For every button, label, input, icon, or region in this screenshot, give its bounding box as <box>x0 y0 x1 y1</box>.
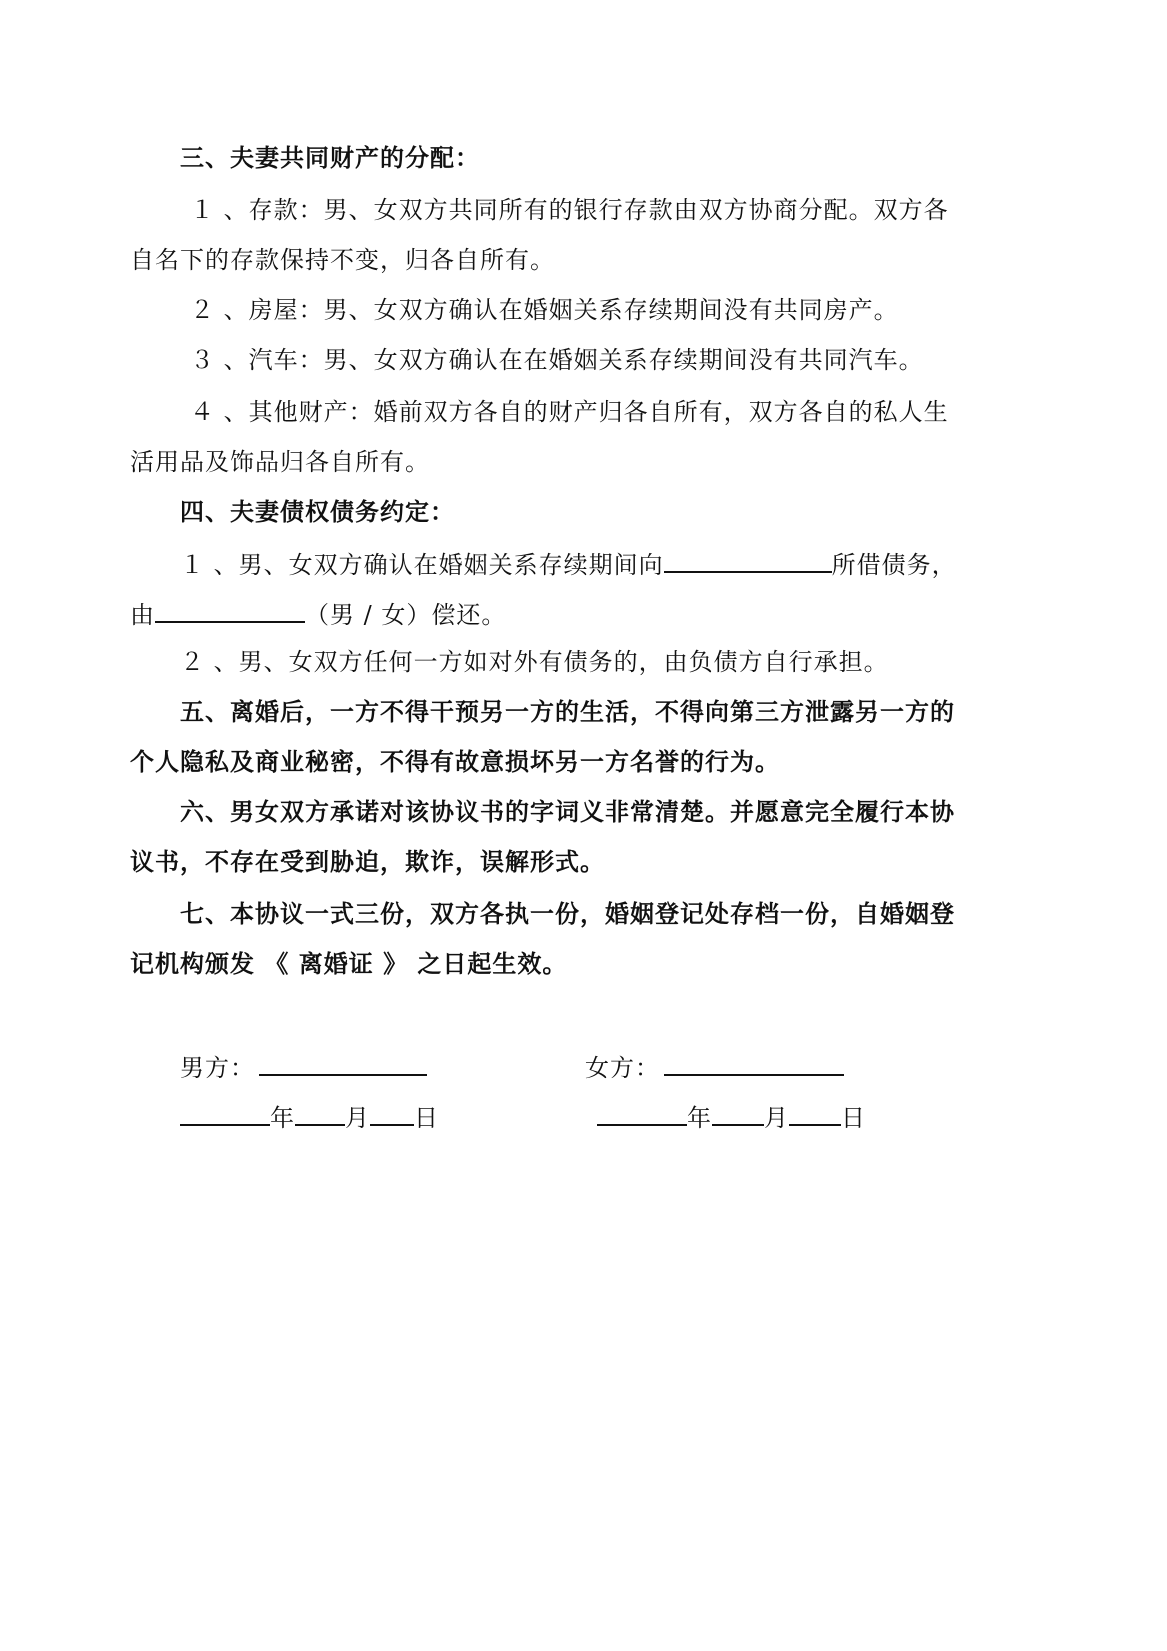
section5-line1: 五、离婚后，一方不得干预另一方的生活，不得向第三方泄露另一方的 <box>180 697 955 727</box>
creditor-blank-field[interactable] <box>664 547 832 573</box>
year-label: 年 <box>687 1104 712 1132</box>
male-signature-row: 男方： <box>180 1050 427 1083</box>
section3-item2: ２ 、房屋：男、女双方确认在婚姻关系存续期间没有共同房产。 <box>190 295 899 325</box>
section6-line2: 议书，不存在受到胁迫，欺诈，误解形式。 <box>130 847 605 877</box>
female-month-field[interactable] <box>712 1100 764 1126</box>
section4-item1-line2: 由（男 / 女）偿还。 <box>130 597 506 630</box>
section7-line1: 七、本协议一式三份，双方各执一份，婚姻登记处存档一份，自婚姻登 <box>180 899 955 929</box>
section4-heading: 四、夫妻债权债务约定： <box>180 497 455 527</box>
day-label: 日 <box>414 1104 439 1132</box>
female-signature-label: 女方： <box>585 1054 660 1082</box>
section3-item4-line1: ４ 、其他财产：婚前双方各自的财产归各自所有，双方各自的私人生 <box>190 397 949 427</box>
male-month-field[interactable] <box>295 1100 345 1126</box>
section3-item3: ３ 、汽车：男、女双方确认在在婚姻关系存续期间没有共同汽车。 <box>190 345 924 375</box>
section4-item1-text: １ 、男、女双方确认在婚姻关系存续期间向 <box>180 551 664 579</box>
document-page: 三、夫妻共同财产的分配： １ 、存款：男、女双方共同所有的银行存款由双方协商分配… <box>0 0 1167 1651</box>
section5-line2: 个人隐私及商业秘密，不得有故意损坏另一方名誉的行为。 <box>130 747 780 777</box>
year-label: 年 <box>270 1104 295 1132</box>
section4-item1-line1: １ 、男、女双方确认在婚姻关系存续期间向所借债务， <box>180 547 957 580</box>
male-year-field[interactable] <box>180 1100 270 1126</box>
male-signature-label: 男方： <box>180 1054 255 1082</box>
section3-item4-line2: 活用品及饰品归各自所有。 <box>130 447 430 477</box>
section3-item1-line2: 自名下的存款保持不变，归各自所有。 <box>130 245 555 275</box>
female-signature-field[interactable] <box>664 1050 844 1076</box>
female-signature-row: 女方： <box>585 1050 844 1083</box>
section4-item1b-prefix: 由 <box>130 601 155 629</box>
male-day-field[interactable] <box>370 1100 414 1126</box>
month-label: 月 <box>764 1104 789 1132</box>
section3-item1-line1: １ 、存款：男、女双方共同所有的银行存款由双方协商分配。双方各 <box>190 195 949 225</box>
female-day-field[interactable] <box>789 1100 841 1126</box>
female-year-field[interactable] <box>597 1100 687 1126</box>
repayer-blank-field[interactable] <box>155 597 305 623</box>
section6-line1: 六、男女双方承诺对该协议书的字词义非常清楚。并愿意完全履行本协 <box>180 797 955 827</box>
section4-item1-suffix: 所借债务， <box>832 551 957 579</box>
section3-heading: 三、夫妻共同财产的分配： <box>180 143 480 173</box>
section7-line2: 记机构颁发 《 离婚证 》 之日起生效。 <box>130 949 567 979</box>
section4-item2: ２ 、男、女双方任何一方如对外有债务的，由负债方自行承担。 <box>180 647 889 677</box>
day-label: 日 <box>841 1104 866 1132</box>
section4-item1b-suffix: （男 / 女）偿还。 <box>305 601 506 629</box>
month-label: 月 <box>345 1104 370 1132</box>
male-signature-field[interactable] <box>259 1050 427 1076</box>
female-date-row: 年月日 <box>597 1100 866 1133</box>
male-date-row: 年月日 <box>180 1100 439 1133</box>
